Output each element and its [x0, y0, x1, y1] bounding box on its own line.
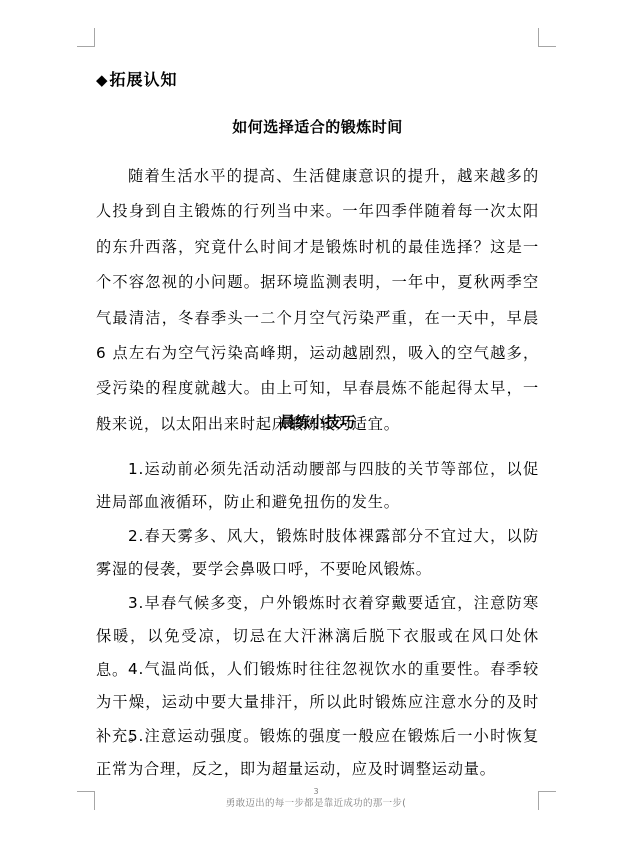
- diamond-bullet-icon: ◆: [96, 71, 109, 89]
- section-heading: ◆拓展认知: [96, 67, 178, 90]
- page-number: 3: [0, 787, 632, 797]
- page-footer: 3 勇敢迈出的每一步都是靠近成功的那一步(: [0, 787, 632, 810]
- crop-mark-top-left: [77, 28, 95, 47]
- article-title: 如何选择适合的锻炼时间: [96, 116, 539, 137]
- tips-section-title: 晨练小技巧: [96, 411, 539, 432]
- crop-mark-top-right: [538, 28, 556, 47]
- tip-item: 5.注意运动强度。锻炼的强度一般应在锻炼后一小时恢复正常为合理，反之，即为超量运…: [96, 720, 539, 787]
- footer-motto: 勇敢迈出的每一步都是靠近成功的那一步(: [0, 797, 632, 810]
- tip-item: 1.运动前必须先活动活动腰部与四肢的关节等部位，以促进局部血液循环，防止和避免扭…: [96, 453, 539, 520]
- intro-paragraph: 随着生活水平的提高、生活健康意识的提升，越来越多的人投身到自主锻炼的行列当中来。…: [96, 159, 539, 442]
- section-heading-label: 拓展认知: [110, 70, 178, 89]
- tip-item: 2.春天雾多、风大，锻炼时肢体裸露部分不宜过大，以防雾湿的侵袭，要学会鼻吸口呼，…: [96, 520, 539, 587]
